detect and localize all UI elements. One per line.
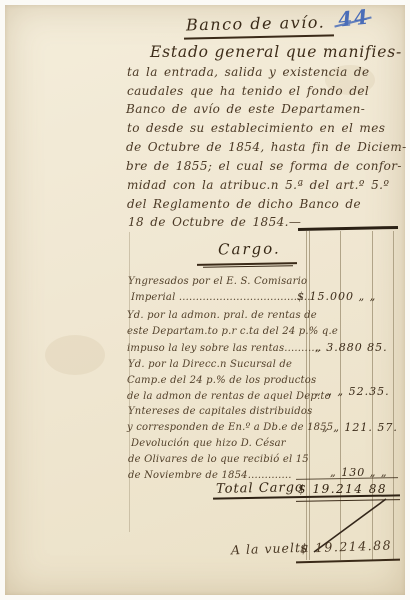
intro-line: Banco de avío de este Departamen- [126,102,365,116]
cargo-item-line: Yngresados por el E. S. Comisario [128,276,307,287]
carry-forward-amount: $ 19.214.88 [300,537,393,555]
amount-value: „ 3.880 85. [315,341,388,354]
cargo-item-line: de la admon de rentas de aquel Dep.to [127,391,331,402]
intro-line: de Octubre de 1854, hasta fin de Diciem- [126,140,407,154]
amount-value: „ „ „ 52.35. [315,385,390,398]
intro-line: caudales que ha tenido el fondo del [127,84,369,98]
intro-line: Estado general que manifies- [150,43,402,61]
intro-line: ta la entrada, salida y existencia de [127,65,369,79]
cargo-item-line: impuso la ley sobre las rentas..........… [127,343,321,354]
intro-line: midad con la atribuc.n 5.ª del art.º 5.º [127,178,389,192]
cargo-item-line: este Departam.to p.r c.ta del 24 p.% q.e [127,326,338,337]
intro-line: del Reglamento de dicho Banco de [127,197,361,211]
intro-line: 18 de Octubre de 1854.— [128,215,301,229]
cargo-item-line: de Olivares de lo que recibió el 15 [128,454,309,465]
carry-forward-label: A la vuelta [231,540,310,558]
intro-line: to desde su establecimiento en el mes [127,121,385,135]
scanned-document: Banco de avío. 44 Estado general que man… [0,0,410,600]
cargo-item-line: Yd. por la admon. pral. de rentas de [127,310,317,321]
cargo-item-line: Camp.e del 24 p.% de los productos [127,375,316,386]
cargo-item-line: Yd. por la Direcc.n Sucursal de [128,359,292,370]
cargo-item-line: y corresponden de En.º a Db.e de 1855 [127,422,333,433]
cargo-item-line: Imperial ...............................… [131,292,311,303]
cargo-item-line: de Noviembre de 1854............. [128,470,292,481]
paper-stain [45,335,105,375]
total-label: Total Cargo [216,480,304,497]
intro-line: bre de 1855; el cual se forma de confor- [126,159,402,173]
cargo-section-header: Cargo. [218,239,281,258]
cargo-item-line: Yntereses de capitales distribuidos [128,406,312,417]
document-title: Banco de avío. [186,13,326,35]
cargo-item-line: Devolución que hizo D. César [131,438,286,449]
amount-value: „ „ 121. 57. [322,421,398,434]
amount-value: $ 15.000 „ „ [297,290,376,303]
